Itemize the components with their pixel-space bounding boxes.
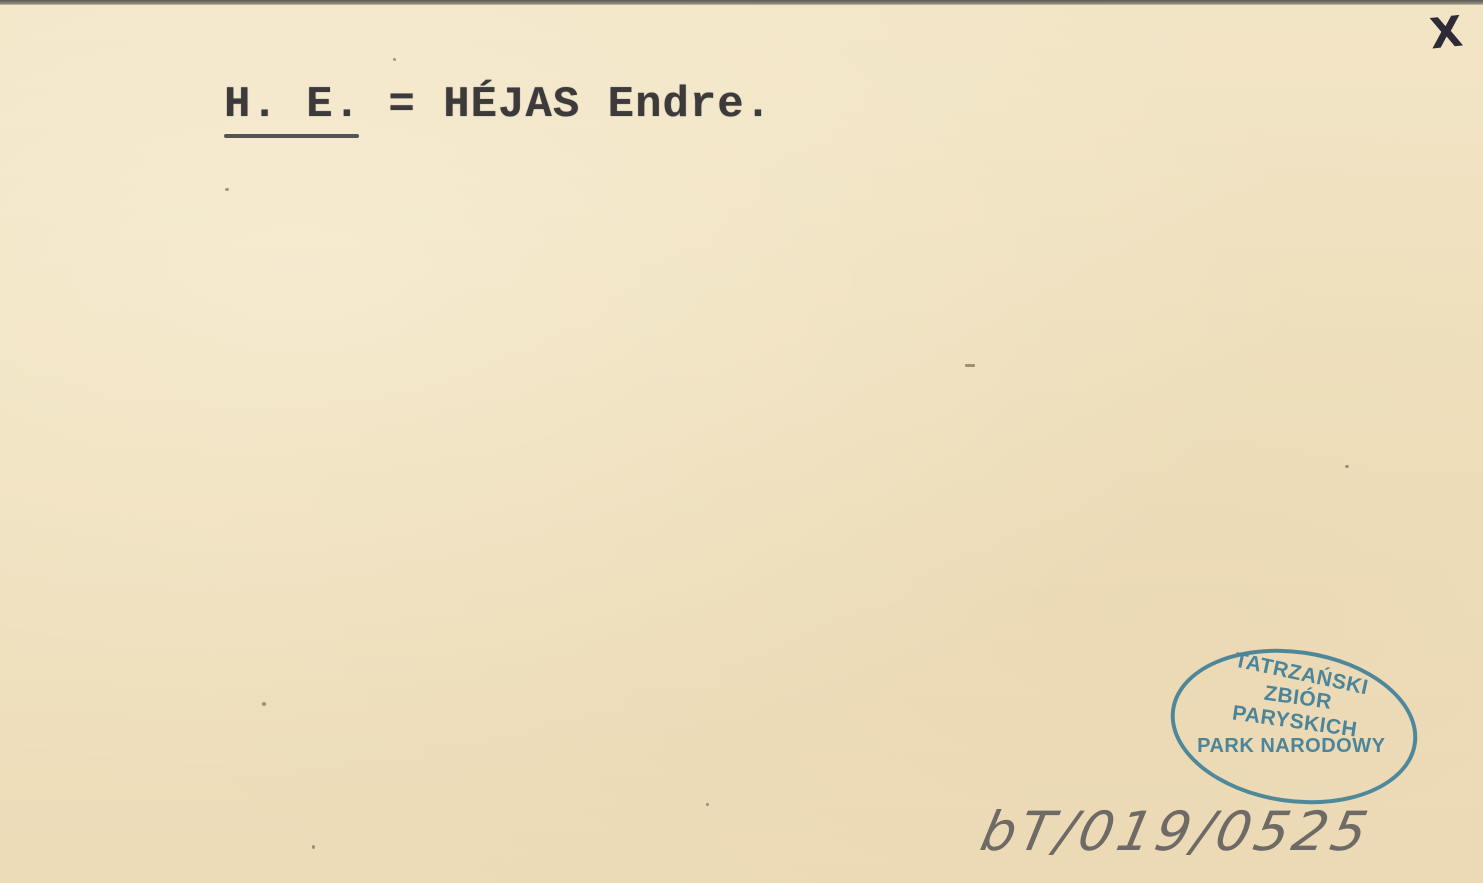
paper-speck [312,845,315,849]
scan-top-edge [0,0,1483,5]
paper-speck [706,803,709,806]
stamp-line-4: PARK NARODOWY [1171,734,1411,758]
equals-sign: = [361,80,443,130]
corner-x-mark: X [1428,6,1465,58]
paper-speck [965,364,975,367]
library-stamp: TATRZAŃSKI ZBIÓR PARYSKICH PARK NARODOWY [1161,633,1428,819]
paper-speck [393,58,396,61]
full-name: HÉJAS Endre. [443,80,772,130]
catalog-number: bT/019/0525 [975,800,1377,863]
initials-underlined: H. E. [224,80,361,130]
paper-speck [262,702,266,706]
paper-speck [225,188,229,191]
typed-heading: H. E. = HÉJAS Endre. [224,80,772,130]
index-card: H. E. = HÉJAS Endre. X TATRZAŃSKI ZBIÓR … [0,0,1483,883]
paper-speck [1345,465,1349,468]
